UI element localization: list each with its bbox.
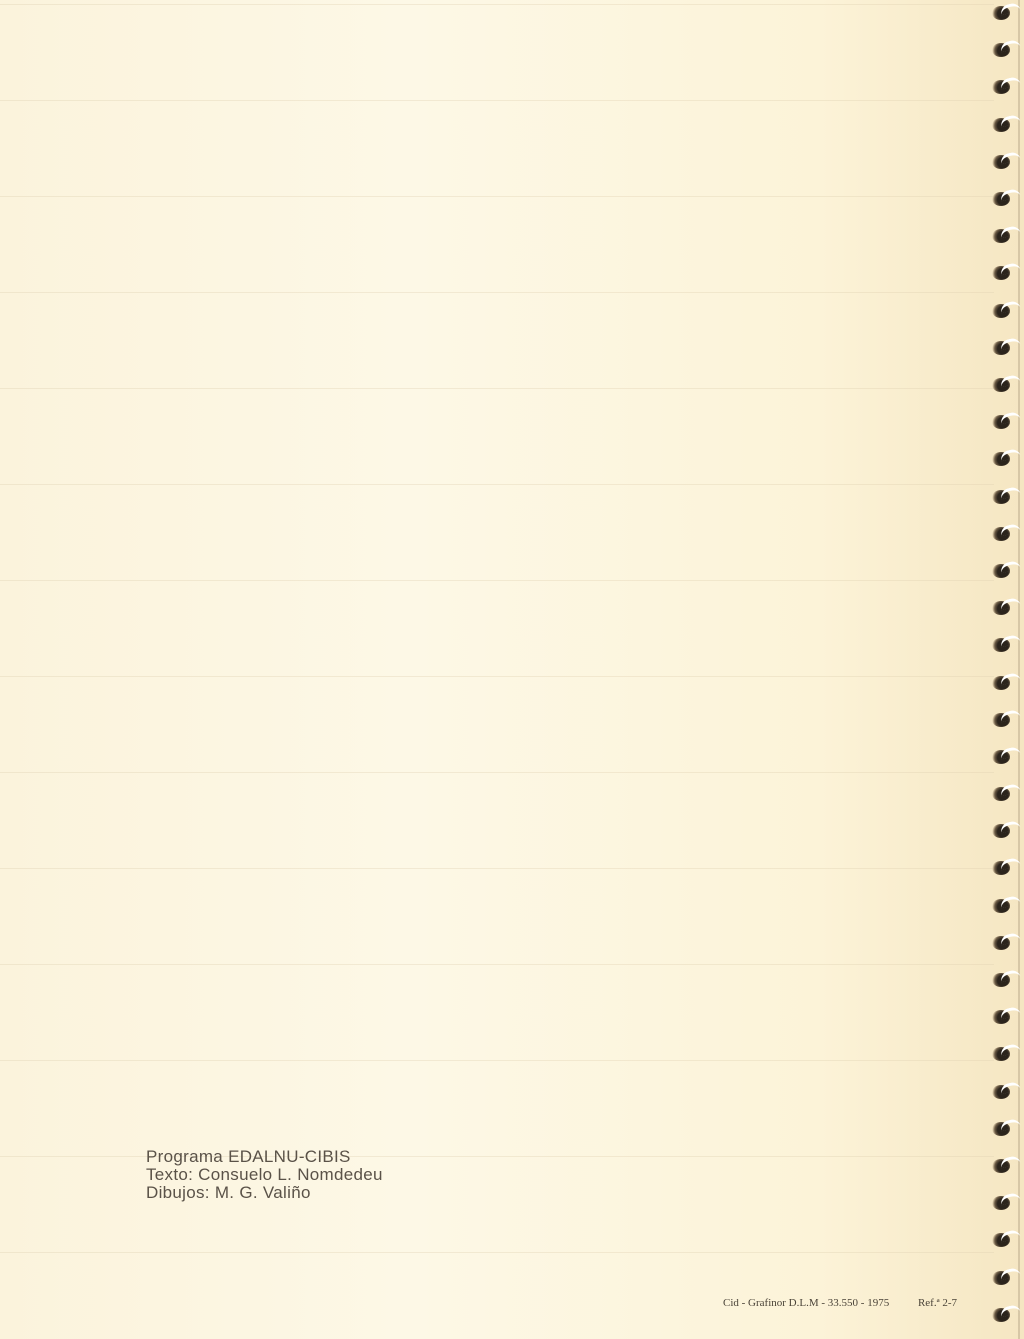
ruled-line [0,964,994,965]
drawings-credit: Dibujos: M. G. Valiño [146,1184,383,1202]
ruled-line [0,484,994,485]
spiral-binding-icon [988,0,1024,1339]
printer-info: Cid - Grafinor D.L.M - 33.550 - 1975 [723,1297,889,1309]
ruled-line [0,1252,994,1253]
reference-number: Ref.ª 2-7 [918,1297,957,1309]
ruled-line [0,676,994,677]
credits-block: Programa EDALNU-CIBIS Texto: Consuelo L.… [146,1148,383,1202]
page-edge [1018,0,1020,1339]
ruled-line [0,868,994,869]
program-credit: Programa EDALNU-CIBIS [146,1148,383,1166]
ruled-line [0,100,994,101]
printer-footer: Cid - Grafinor D.L.M - 33.550 - 1975 Ref… [723,1297,957,1309]
ruled-line [0,772,994,773]
ruled-line [0,292,994,293]
notebook-page: Programa EDALNU-CIBIS Texto: Consuelo L.… [0,0,1024,1339]
ruled-line [0,580,994,581]
text-credit: Texto: Consuelo L. Nomdedeu [146,1166,383,1184]
ruled-line [0,1060,994,1061]
ruled-line [0,388,994,389]
ruled-line [0,4,994,5]
ruled-line [0,196,994,197]
